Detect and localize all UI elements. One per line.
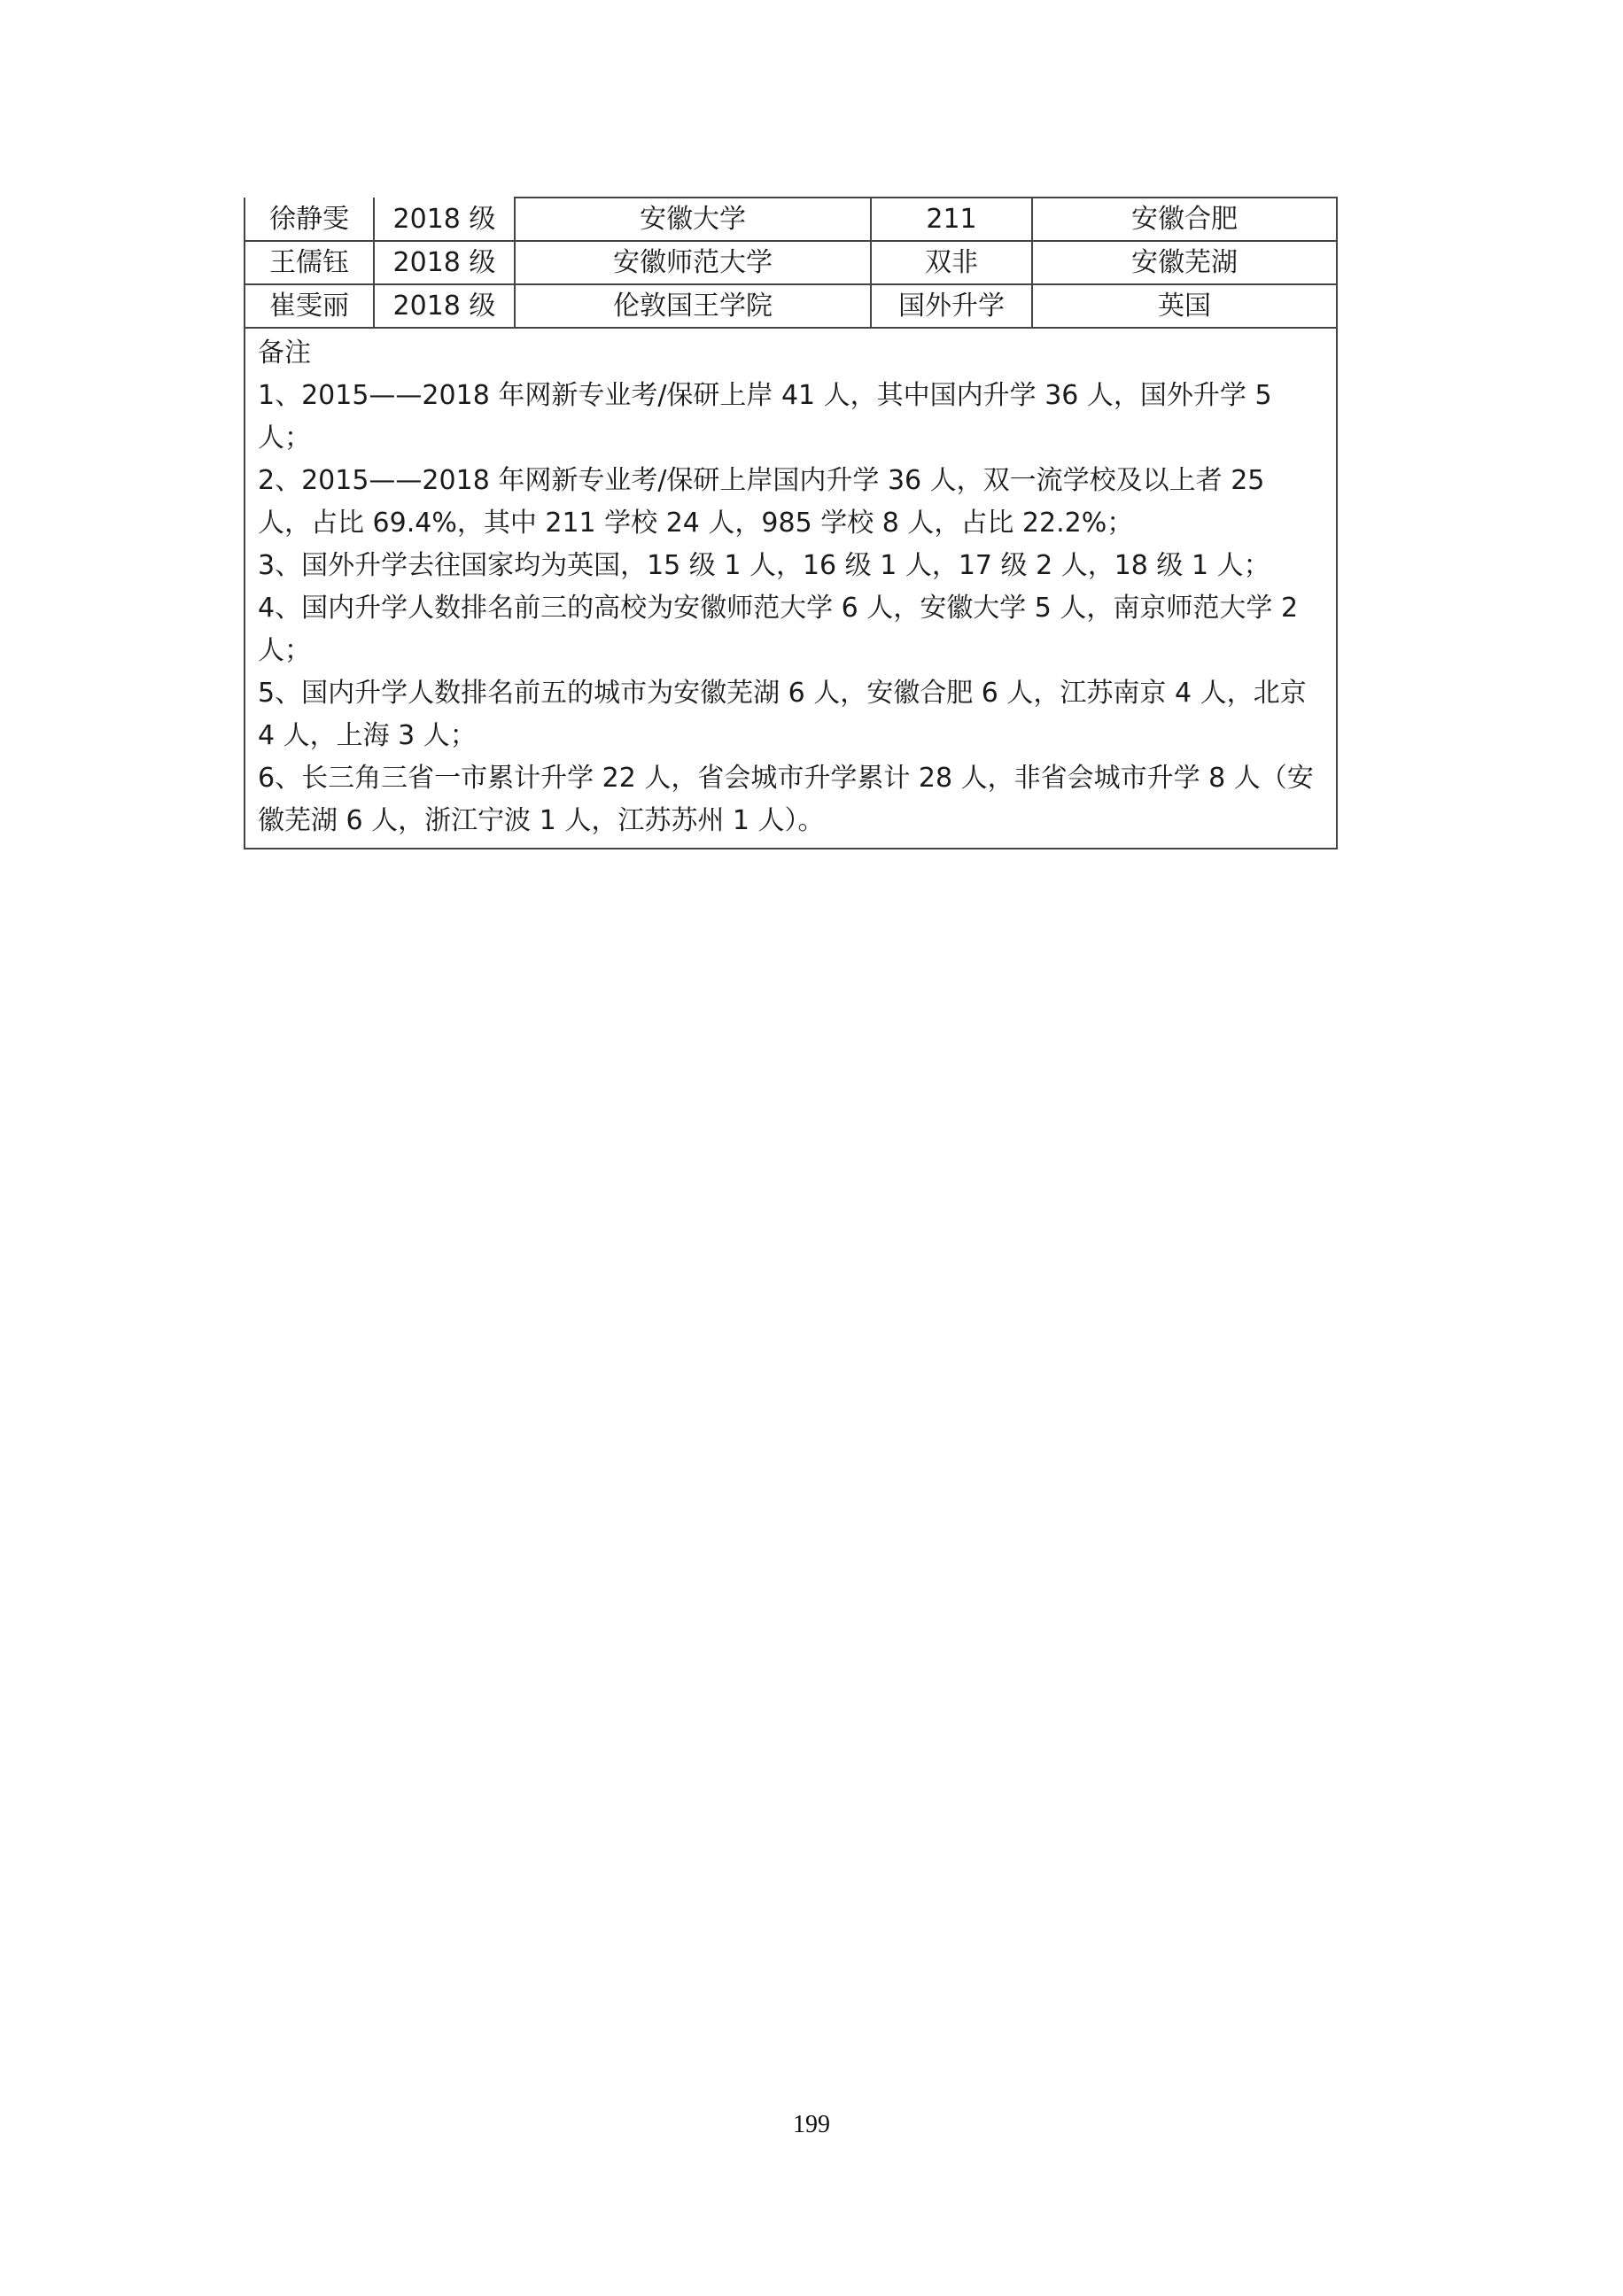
school-name: 安徽大学	[515, 198, 871, 241]
note-item: 5、国内升学人数排名前五的城市为安徽芜湖 6 人，安徽合肥 6 人，江苏南京 4…	[258, 672, 1324, 757]
note-item: 1、2015——2018 年网新专业考/保研上岸 41 人，其中国内升学 36 …	[258, 375, 1324, 460]
school-type: 国外升学	[871, 284, 1032, 328]
notes-row: 备注 1、2015——2018 年网新专业考/保研上岸 41 人，其中国内升学 …	[245, 328, 1337, 849]
school-location: 安徽合肥	[1032, 198, 1337, 241]
student-name: 王儒钰	[245, 241, 374, 284]
note-item: 6、长三角三省一市累计升学 22 人，省会城市升学累计 28 人，非省会城市升学…	[258, 757, 1324, 842]
school-name: 伦敦国王学院	[515, 284, 871, 328]
student-name: 徐静雯	[245, 198, 374, 241]
student-grade: 2018 级	[374, 198, 515, 241]
note-item: 4、国内升学人数排名前三的高校为安徽师范大学 6 人，安徽大学 5 人，南京师范…	[258, 587, 1324, 672]
school-location: 安徽芜湖	[1032, 241, 1337, 284]
notes-title: 备注	[258, 332, 1324, 375]
table-row: 徐静雯 2018 级 安徽大学 211 安徽合肥	[245, 198, 1337, 241]
student-grade: 2018 级	[374, 241, 515, 284]
student-name: 崔雯丽	[245, 284, 374, 328]
admissions-table: 徐静雯 2018 级 安徽大学 211 安徽合肥 王儒钰 2018 级 安徽师范…	[244, 197, 1338, 849]
note-item: 3、国外升学去往国家均为英国，15 级 1 人，16 级 1 人，17 级 2 …	[258, 545, 1324, 587]
school-name: 安徽师范大学	[515, 241, 871, 284]
notes-cell: 备注 1、2015——2018 年网新专业考/保研上岸 41 人，其中国内升学 …	[245, 328, 1337, 849]
student-grade: 2018 级	[374, 284, 515, 328]
page-number: 199	[0, 2111, 1623, 2139]
school-location: 英国	[1032, 284, 1337, 328]
table-row: 王儒钰 2018 级 安徽师范大学 双非 安徽芜湖	[245, 241, 1337, 284]
note-item: 2、2015——2018 年网新专业考/保研上岸国内升学 36 人，双一流学校及…	[258, 460, 1324, 545]
table-row: 崔雯丽 2018 级 伦敦国王学院 国外升学 英国	[245, 284, 1337, 328]
school-type: 双非	[871, 241, 1032, 284]
school-type: 211	[871, 198, 1032, 241]
